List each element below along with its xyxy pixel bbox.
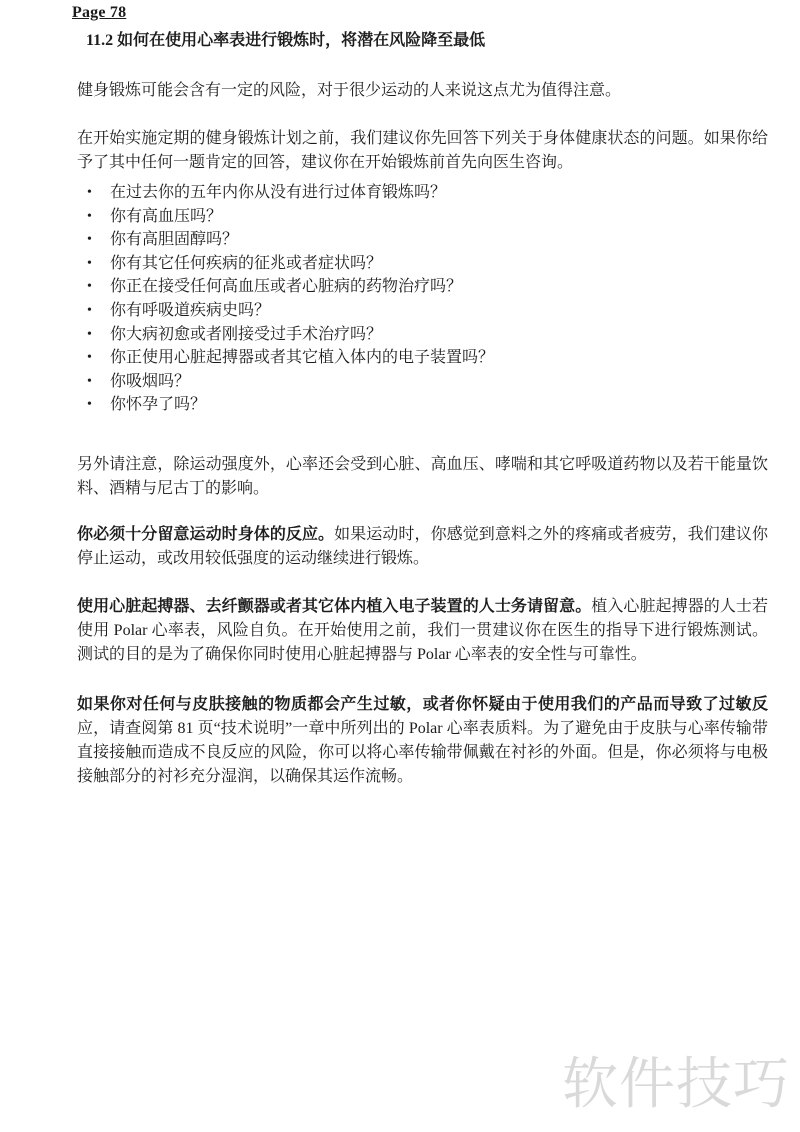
list-item: •你吸烟吗？ [77,370,768,394]
paragraph-body-reaction: 你必须十分留意运动时身体的反应。如果运动时，你感觉到意料之外的疼痛或者疲劳，我们… [77,523,768,571]
bullet-icon: • [77,370,110,394]
bullet-icon: • [77,205,110,229]
bullet-icon: • [77,346,110,370]
health-question-list: •在过去你的五年内你从没有进行过体育锻炼吗？ •你有高血压吗？ •你有高胆固醇吗… [77,181,768,417]
list-item: •你有呼吸道疾病史吗？ [77,299,768,323]
list-item: •你有其它任何疾病的征兆或者症状吗？ [77,252,768,276]
list-item-text: 你正使用心脏起搏器或者其它植入体内的电子装置吗？ [110,346,768,370]
list-item: •你有高血压吗？ [77,205,768,229]
list-item-text: 你怀孕了吗？ [110,393,768,417]
list-item: •你正在接受任何高血压或者心脏病的药物治疗吗？ [77,275,768,299]
bullet-icon: • [77,275,110,299]
watermark-text: 软件技巧 [562,1040,790,1120]
paragraph-pacemaker-warning: 使用心脏起搏器、去纤颤器或者其它体内植入电子装置的人士务请留意。植入心脏起搏器的… [77,595,768,667]
bullet-icon: • [77,299,110,323]
document-page: Page 78 11.2 如何在使用心率表进行锻炼时，将潜在风险降至最低 健身锻… [0,0,800,1132]
list-item-text: 你大病初愈或者刚接受过手术治疗吗？ [110,323,768,347]
bold-lead-in: 使用心脏起搏器、去纤颤器或者其它体内植入电子装置的人士务请留意。 [77,598,591,615]
list-item-text: 你有呼吸道疾病史吗？ [110,299,768,323]
bullet-icon: • [77,252,110,276]
list-item: •在过去你的五年内你从没有进行过体育锻炼吗？ [77,181,768,205]
list-item: •你有高胆固醇吗？ [77,228,768,252]
list-item: •你大病初愈或者刚接受过手术治疗吗？ [77,323,768,347]
list-item-text: 在过去你的五年内你从没有进行过体育锻炼吗？ [110,181,768,205]
section-title: 11.2 如何在使用心率表进行锻炼时，将潜在风险降至最低 [86,27,485,50]
list-item: •你怀孕了吗？ [77,393,768,417]
paragraph-other-factors: 另外请注意，除运动强度外，心率还会受到心脏、高血压、哮喘和其它呼吸道药物以及若干… [77,453,768,501]
list-item-text: 你正在接受任何高血压或者心脏病的药物治疗吗？ [110,275,768,299]
bold-lead-in: 你必须十分留意运动时身体的反应。 [77,526,334,543]
paragraph-text: 应，请查阅第 81 页“技术说明”一章中所列出的 Polar 心率表质料。为了避… [77,720,768,785]
list-item: •你正使用心脏起搏器或者其它植入体内的电子装置吗？ [77,346,768,370]
page-number-header: Page 78 [72,4,126,22]
bullet-icon: • [77,181,110,205]
paragraph-questionnaire-intro: 在开始实施定期的健身锻炼计划之前，我们建议你先回答下列关于身体健康状态的问题。如… [77,127,768,175]
bullet-icon: • [77,323,110,347]
list-item-text: 你有高血压吗？ [110,205,768,229]
paragraph-intro: 健身锻炼可能会含有一定的风险，对于很少运动的人来说这点尤为值得注意。 [77,79,768,103]
bold-lead-in: 如果你对任何与皮肤接触的物质都会产生过敏，或者你怀疑由于使用我们的产品而导致了过… [77,696,768,713]
list-item-text: 你有高胆固醇吗？ [110,228,768,252]
list-item-text: 你吸烟吗？ [110,370,768,394]
list-item-text: 你有其它任何疾病的征兆或者症状吗？ [110,252,768,276]
bullet-icon: • [77,393,110,417]
bullet-icon: • [77,228,110,252]
paragraph-allergy-warning: 如果你对任何与皮肤接触的物质都会产生过敏，或者你怀疑由于使用我们的产品而导致了过… [77,693,768,789]
